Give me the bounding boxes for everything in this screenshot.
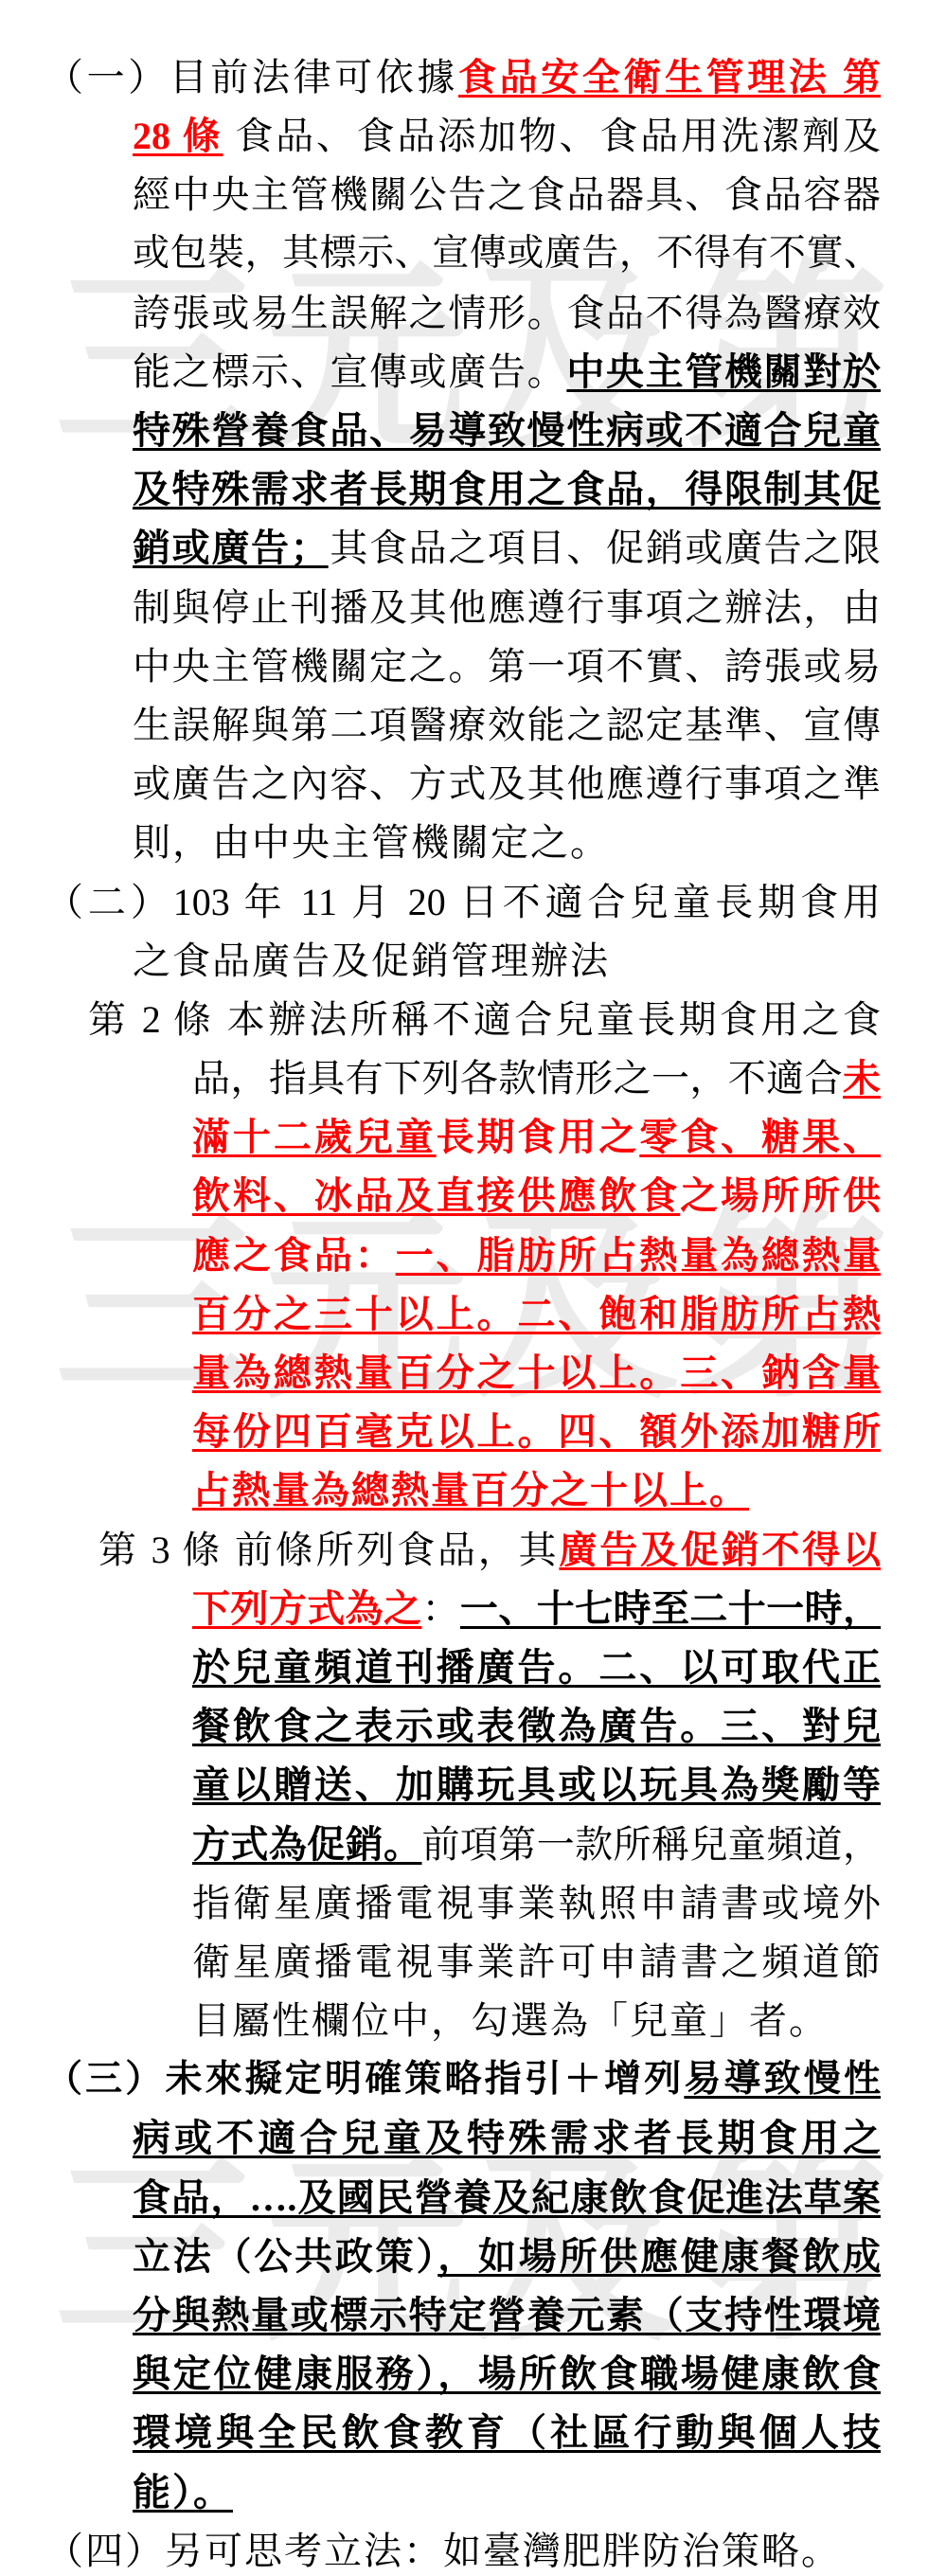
doc-line: 誇張或易生誤解之情形。食品不得為醫療效 (133, 284, 881, 343)
doc-line: 方式為促銷。前項第一款所稱兒童頻道， (192, 1816, 881, 1874)
doc-line: 指衛星廣播電視事業執照申請書或境外 (192, 1874, 881, 1933)
doc-line: 每份四百毫克以上。四、額外添加糖所 (192, 1403, 881, 1461)
text-segment: 或包裝，其標示、宣傳或廣告，不得有不實、 (133, 233, 881, 274)
text-segment: 前項第一款所稱兒童頻道， (421, 1823, 881, 1866)
section-label: （四） (45, 2530, 165, 2572)
doc-line: 與定位健康服務），場所飲食職場健康飲食 (133, 2345, 881, 2404)
bold-underlined-segment: 中央主管機關對於 (566, 350, 881, 393)
text-segment: 誇張或易生誤解之情形。食品不得為醫療效 (133, 292, 881, 334)
doc-line: 或包裝，其標示、宣傳或廣告，不得有不實、 (133, 224, 881, 283)
section-2: （二）103 年 11 月 20 日不適合兒童長期食用 之食品廣告及促銷管理辦法… (0, 873, 928, 2051)
section-4: （四）另可思考立法：如臺灣肥胖防治策略。 (0, 2522, 928, 2576)
bold-underlined-segment: 食品，….及國民營養及紀康飲食促進法草案 (133, 2176, 881, 2219)
doc-line: 童以贈送、加購玩具或以玩具為獎勵等 (192, 1756, 881, 1815)
doc-line: 環境與全民飲食教育（社區行動與個人技 (133, 2404, 881, 2462)
red-bold-segment: 長期食用之 (437, 1116, 640, 1158)
text-segment: 另可思考立法：如臺灣肥胖防治策略。 (165, 2530, 841, 2572)
bold-underlined-segment: 於兒童頻道刊播廣告。二、以可取代正 (192, 1646, 881, 1689)
doc-line: 能之標示、宣傳或廣告。中央主管機關對於 (133, 343, 881, 402)
doc-line: 於兒童頻道刊播廣告。二、以可取代正 (192, 1638, 881, 1697)
doc-line: 及特殊需求者長期食用之食品，得限制其促 (133, 460, 881, 519)
text-segment: 食品、食品添加物、食品用洗潔劑及 (223, 115, 881, 157)
bold-underlined-segment: 能）。 (133, 2471, 233, 2513)
doc-line: 食品，….及國民營養及紀康飲食促進法草案 (133, 2169, 881, 2227)
red-bold-segment: 應之食品： (192, 1234, 396, 1277)
red-underlined-segment: 滿十二歲兒童 (192, 1116, 437, 1158)
text-segment: 目前法律可依據 (170, 56, 458, 98)
doc-line: 占熱量為總熱量百分之十以上。 (192, 1461, 881, 1520)
bold-underlined-segment: 一、十七時至二十一時， (460, 1587, 881, 1630)
bold-underlined-segment: 易導致慢性 (684, 2059, 881, 2100)
doc-line: 應之食品：一、脂肪所占熱量為總熱量 (192, 1226, 881, 1285)
doc-line: 滿十二歲兒童長期食用之零食、糖果、 (192, 1108, 881, 1167)
section-label: （三） (45, 2059, 165, 2100)
doc-line: 生誤解與第二項醫療效能之認定基準、宣傳 (133, 696, 881, 755)
article-label: 第 3 條 (98, 1529, 223, 1571)
doc-line: 目屬性欄位中，勾選為「兒童」者。 (192, 1992, 881, 2050)
doc-line: 則，由中央主管機關定之。 (133, 814, 881, 872)
doc-line: 中央主管機關定之。第一項不實、誇張或易 (133, 637, 881, 696)
doc-line: 飲料、冰品及直接供應飲食之場所所供 (192, 1167, 881, 1225)
text-segment: 制與停止刊播及其他應遵行事項之辦法，由 (133, 586, 881, 629)
doc-line: 之食品廣告及促銷管理辦法 (133, 932, 881, 991)
text-segment: 目屬性欄位中，勾選為「兒童」者。 (192, 1999, 829, 2042)
bold-underlined-segment: ，如場所供應健康餐飲成 (437, 2235, 881, 2278)
law-name-highlight: 食品安全衛生管理法 第 (458, 56, 881, 98)
red-bold-segment: 之場所所供 (680, 1174, 881, 1217)
red-underlined-segment: 一、脂肪所占熱量為總熱量 (396, 1234, 881, 1277)
text-segment: 或廣告之內容、方式及其他應遵行事項之準 (133, 762, 881, 805)
doc-line: 經中央主管機關公告之食品器具、食品容器 (133, 166, 881, 224)
bold-underlined-segment: 分與熱量或標示特定營養元素（支持性環境 (133, 2294, 881, 2336)
section-label: （一） (45, 56, 170, 98)
doc-line: （四）另可思考立法：如臺灣肥胖防治策略。 (45, 2522, 881, 2576)
bold-underlined-segment: 病或不適合兒童及特殊需求者長期食用之 (133, 2117, 881, 2159)
text-segment: 之食品廣告及促銷管理辦法 (133, 939, 610, 982)
bold-underlined-segment: 環境與全民飲食教育（社區行動與個人技 (133, 2411, 881, 2454)
text-segment: 103 年 11 月 20 日不適合兒童長期食用 (173, 881, 881, 923)
text-segment: 生誤解與第二項醫療效能之認定基準、宣傳 (133, 704, 881, 746)
doc-line: 銷或廣告；其食品之項目、促銷或廣告之限 (133, 519, 881, 578)
red-underlined-segment: 占熱量為總熱量百分之十以上。 (192, 1469, 749, 1512)
text-segment: 經中央主管機關公告之食品器具、食品容器 (133, 173, 881, 216)
doc-line: （一）目前法律可依據食品安全衛生管理法 第 (45, 48, 881, 107)
bold-underlined-segment: 童以贈送、加購玩具或以玩具為獎勵等 (192, 1763, 881, 1806)
text-segment: ： (421, 1587, 459, 1630)
red-underlined-segment: 未 (843, 1057, 881, 1100)
article-label: 第 2 條 (88, 998, 214, 1041)
text-segment: 前條所列食品，其 (223, 1529, 559, 1571)
doc-line: 分與熱量或標示特定營養元素（支持性環境 (133, 2286, 881, 2345)
doc-line: 百分之三十以上。二、飽和脂肪所占熱 (192, 1285, 881, 1344)
doc-line: 能）。 (133, 2463, 881, 2522)
article-number-highlight: 28 條 (133, 115, 223, 157)
doc-line: 衛星廣播電視事業許可申請書之頻道節 (192, 1933, 881, 1992)
doc-line: 品，指具有下列各款情形之一，不適合未 (192, 1049, 881, 1108)
bold-segment: 立法（公共政策） (133, 2235, 437, 2278)
red-underlined-segment: 每份四百毫克以上。四、額外添加糖所 (192, 1410, 881, 1453)
text-segment: 中央主管機關定之。第一項不實、誇張或易 (133, 645, 881, 688)
red-underlined-segment: 下列方式為之 (192, 1587, 421, 1630)
document-page: 三 元 及 第 三 元 及 第 三 元 及 第 （一）目前法律可依據食品安全衛生… (0, 0, 928, 2576)
doc-line: 制與停止刊播及其他應遵行事項之辦法，由 (133, 579, 881, 637)
bold-underlined-segment: 銷或廣告； (133, 527, 329, 569)
doc-line: （三）未來擬定明確策略指引＋增列易導致慢性 (45, 2050, 881, 2109)
doc-line: 病或不適合兒童及特殊需求者長期食用之 (133, 2109, 881, 2168)
bold-underlined-segment: 餐飲食之表示或表徵為廣告。三、對兒 (192, 1705, 881, 1747)
red-underlined-segment: 廣告及促銷不得以 (559, 1529, 881, 1571)
red-underlined-segment: 零食、糖果、 (639, 1116, 881, 1158)
doc-line: 量為總熱量百分之十以上。三、鈉含量 (192, 1344, 881, 1403)
article-2: 第 2 條 本辦法所稱不適合兒童長期食用之食 品，指具有下列各款情形之一，不適合… (0, 991, 928, 1521)
text-segment: 則，由中央主管機關定之。 (133, 821, 610, 864)
section-3: （三）未來擬定明確策略指引＋增列易導致慢性 病或不適合兒童及特殊需求者長期食用之… (0, 2050, 928, 2522)
bold-underlined-segment: 與定位健康服務），場所飲食職場健康飲食 (133, 2352, 881, 2395)
bold-underlined-segment: 特殊營養食品、易導致慢性病或不適合兒童 (133, 409, 881, 452)
doc-line: （二）103 年 11 月 20 日不適合兒童長期食用 (45, 873, 881, 932)
doc-line: 第 2 條 本辦法所稱不適合兒童長期食用之食 (88, 991, 881, 1049)
text-segment: 能之標示、宣傳或廣告。 (133, 350, 566, 393)
text-segment: 品，指具有下列各款情形之一，不適合 (192, 1057, 843, 1100)
bold-underlined-segment: 及特殊需求者長期食用之食品，得限制其促 (133, 468, 881, 510)
doc-line: 第 3 條 前條所列食品，其廣告及促銷不得以 (98, 1521, 881, 1580)
red-underlined-segment: 飲料、冰品及直接供應飲食 (192, 1174, 680, 1217)
red-underlined-segment: 量為總熱量百分之十以上。三、鈉含量 (192, 1351, 881, 1394)
doc-line: 或廣告之內容、方式及其他應遵行事項之準 (133, 755, 881, 814)
text-segment: 本辦法所稱不適合兒童長期食用之食 (214, 998, 881, 1041)
section-label: （二） (45, 881, 173, 923)
doc-line: 28 條 食品、食品添加物、食品用洗潔劑及 (133, 107, 881, 166)
article-3: 第 3 條 前條所列食品，其廣告及促銷不得以 下列方式為之：一、十七時至二十一時… (0, 1521, 928, 2051)
document-body: （一）目前法律可依據食品安全衛生管理法 第 28 條 食品、食品添加物、食品用洗… (0, 48, 928, 2576)
text-segment: 其食品之項目、促銷或廣告之限 (329, 527, 881, 569)
bold-segment: 未來擬定明確策略指引＋增列 (165, 2059, 684, 2100)
text-segment: 指衛星廣播電視事業執照申請書或境外 (192, 1882, 881, 1924)
doc-line: 立法（公共政策），如場所供應健康餐飲成 (133, 2227, 881, 2286)
red-underlined-segment: 百分之三十以上。二、飽和脂肪所占熱 (192, 1293, 881, 1335)
doc-line: 餐飲食之表示或表徵為廣告。三、對兒 (192, 1697, 881, 1756)
bold-underlined-segment: 方式為促銷。 (192, 1823, 421, 1866)
doc-line: 特殊營養食品、易導致慢性病或不適合兒童 (133, 402, 881, 460)
section-1: （一）目前法律可依據食品安全衛生管理法 第 28 條 食品、食品添加物、食品用洗… (0, 48, 928, 873)
text-segment: 衛星廣播電視事業許可申請書之頻道節 (192, 1941, 881, 1983)
doc-line: 下列方式為之：一、十七時至二十一時， (192, 1580, 881, 1638)
